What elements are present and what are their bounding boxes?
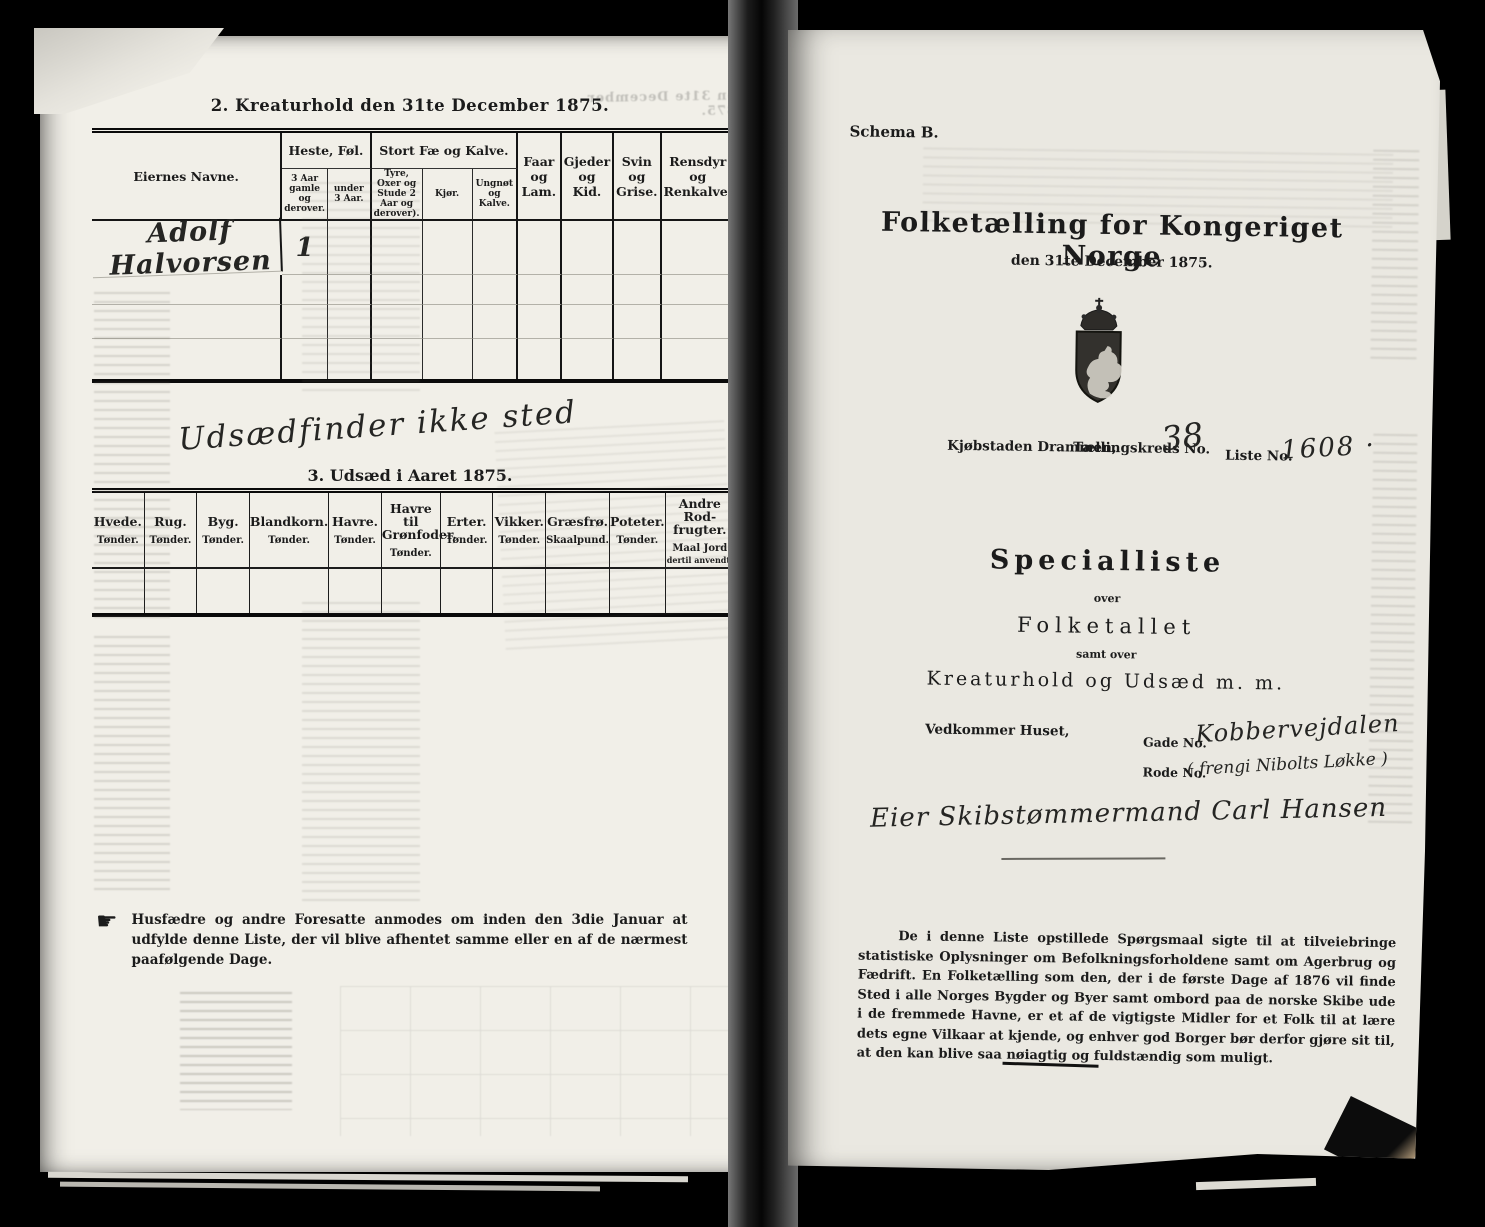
- empty-row-cell: [662, 339, 735, 379]
- district-line: Kjøbstaden Drammen, Tællingskreds No. 38…: [789, 430, 1441, 439]
- owner-signature: Eier Skibstømmermand Carl Hansen: [870, 793, 1388, 834]
- empty-row-cell: [423, 305, 473, 339]
- list-number-value: 1608 ·: [1280, 430, 1376, 465]
- crop-name: Blandkorn.: [250, 515, 328, 528]
- schema-label: Schema B.: [849, 122, 938, 141]
- bleed-through-text: [302, 182, 420, 392]
- heading-over: over: [827, 588, 1387, 609]
- house-label: Vedkommer Huset,: [925, 721, 1070, 739]
- col-header-goats: Gjeder og Kid.: [562, 133, 614, 221]
- row1-empty-cell: [562, 221, 614, 275]
- row1-empty-cell: [518, 221, 562, 275]
- crop-unit: Tønder.: [202, 535, 244, 546]
- crop-name: Erter.: [447, 515, 487, 528]
- rode-number-value: ( frengi Nibolts Løkke ): [1186, 749, 1388, 780]
- empty-row-cell: [473, 305, 518, 339]
- empty-row-cell: [562, 275, 614, 305]
- manicule-icon: ☛: [96, 910, 118, 932]
- bleed-through-text: [94, 292, 170, 622]
- crop-unit: Tønder.: [334, 535, 376, 546]
- row1-empty-cell: [614, 221, 661, 275]
- crop-unit: Tønder.: [446, 535, 488, 546]
- empty-row-cell: [473, 275, 518, 305]
- empty-row-cell: [518, 305, 562, 339]
- under-page-edge: [48, 1172, 688, 1182]
- crops-empty-cell: [197, 567, 250, 613]
- empty-row-cell: [562, 339, 614, 379]
- row1-empty-cell: [662, 221, 735, 275]
- bleed-through-grid: [340, 986, 740, 1136]
- bleed-through-text: [94, 636, 170, 896]
- section2-title: 2. Kreaturhold den 31te December 1875.: [190, 96, 630, 115]
- empty-row-cell: [614, 275, 661, 305]
- subcol-cattle-young: Ungnøt og Kalve.: [473, 169, 518, 221]
- empty-row-cell: [473, 339, 518, 379]
- subcol-cattle-cows: Kjør.: [423, 169, 473, 221]
- crops-header-havre: Havre. Tønder.: [329, 493, 382, 567]
- signature-underline: [1001, 857, 1165, 860]
- book-binding-gutter: [728, 0, 798, 1227]
- crop-name: Havre.: [332, 515, 378, 528]
- heading-specialliste: Specialliste: [827, 542, 1387, 581]
- row1-empty-cell: [423, 221, 473, 275]
- right-page: Schema B. Folketælling for Kongeriget No…: [788, 30, 1440, 1170]
- heading-folketallet: Folketallet: [827, 610, 1387, 642]
- norway-coat-of-arms-icon: [1066, 295, 1132, 412]
- crops-header-byg: Byg. Tønder.: [197, 493, 250, 567]
- col-header-owner: Eiernes Navne.: [92, 133, 282, 221]
- empty-row-cell: [662, 305, 735, 339]
- left-page: den 31te December 1875. 2. Kreaturhold d…: [40, 36, 746, 1172]
- col-header-sheep: Faar og Lam.: [518, 133, 562, 221]
- col-header-reindeer: Rensdyr og Renkalve.: [662, 133, 735, 221]
- bleed-through-text: [302, 602, 420, 902]
- crop-unit: Tønder.: [268, 535, 310, 546]
- row1-owner-name: Adolf Halvorsen: [91, 218, 283, 279]
- footer-instruction-note: ☛ Husfædre og andre Foresatte anmodes om…: [96, 910, 730, 970]
- empty-row-cell: [518, 339, 562, 379]
- crop-name: Havre til Grønfoder.: [382, 502, 440, 541]
- bleed-through-text: [180, 992, 292, 1110]
- crops-header-blandkorn: Blandkorn. Tønder.: [250, 493, 329, 567]
- empty-row-cell: [562, 305, 614, 339]
- right-page-content: Schema B. Folketælling for Kongeriget No…: [779, 26, 1447, 1175]
- empty-row-cell: [662, 275, 735, 305]
- heading-samt-over: samt over: [826, 644, 1386, 665]
- empty-row-cell: [614, 339, 661, 379]
- under-page-edge: [1196, 1178, 1316, 1190]
- empty-row-cell: [614, 305, 661, 339]
- heading-kreaturhold: Kreaturhold og Udsæd m. m.: [826, 666, 1386, 696]
- crops-header-erter: Erter. Tønder.: [441, 493, 494, 567]
- empty-row-cell: [423, 339, 473, 379]
- crop-unit: Tønder.: [390, 548, 432, 559]
- crop-name: Byg.: [208, 515, 239, 528]
- crops-header-gronfoder: Havre til Grønfoder. Tønder.: [382, 493, 441, 567]
- bleed-through-handwriting: [494, 420, 735, 652]
- col-header-pigs: Svin og Grise.: [614, 133, 661, 221]
- footer-note-text: Husfædre og andre Foresatte anmodes om i…: [132, 910, 688, 970]
- col-group-cattle: Stort Fæ og Kalve.: [372, 133, 518, 169]
- row1-empty-cell: [473, 221, 518, 275]
- col-group-horses: Heste, Føl.: [282, 133, 371, 169]
- empty-row-cell: [518, 275, 562, 305]
- empty-row-cell: [423, 275, 473, 305]
- info-paragraph: De i denne Liste opstillede Spørgsmaal s…: [857, 927, 1397, 1071]
- crops-empty-cell: [441, 567, 494, 613]
- under-page-edge: [60, 1182, 600, 1192]
- census-district-value: 38: [1159, 415, 1206, 459]
